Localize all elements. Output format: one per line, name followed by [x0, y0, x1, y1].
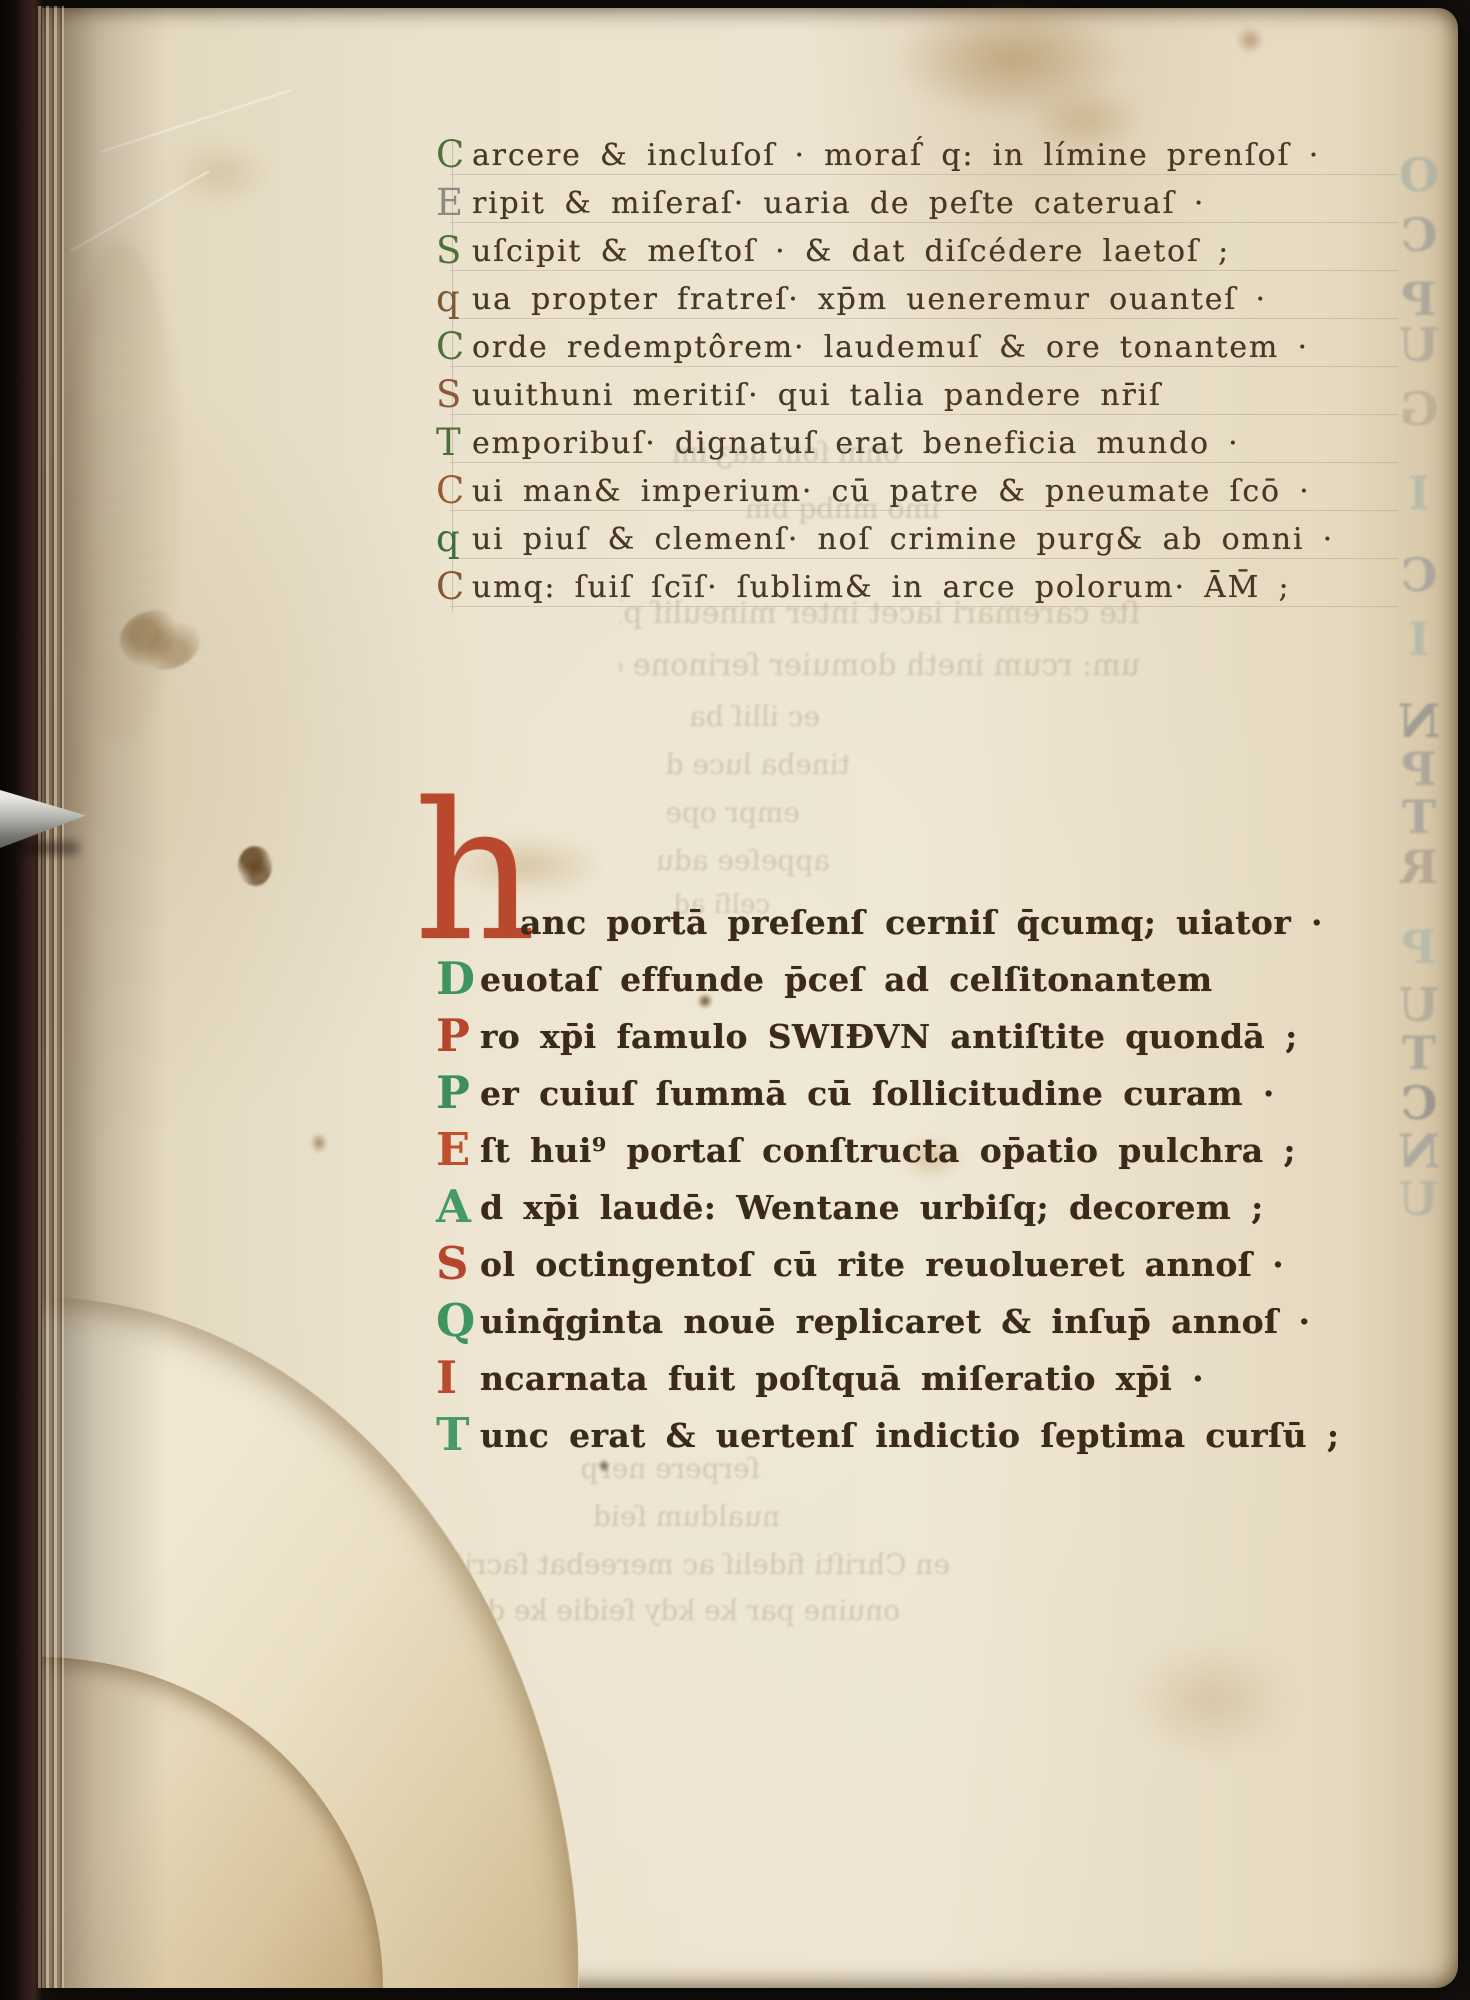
- bleedthrough-initial: U: [1392, 1172, 1446, 1226]
- bleedthrough-initial: U: [1392, 318, 1446, 372]
- colored-initial-letter: P: [436, 1069, 480, 1117]
- clip-shadow: [0, 842, 78, 854]
- colored-initial-letter: A: [436, 1183, 480, 1231]
- bleedthrough-initial: T: [1392, 790, 1446, 844]
- verse-text: ol octingentoſ cū rite reuolueret annoſ…: [480, 1240, 1284, 1290]
- colored-initial-letter: T: [436, 422, 472, 464]
- colored-initial-letter: S: [436, 1240, 480, 1288]
- verse-line: Q uinq̄ginta nouē replicaret & inſup̄ a…: [436, 1297, 1340, 1354]
- verse-line: S uuithuni meritiſ· qui talia pandere nr…: [436, 374, 1334, 422]
- bleedthrough-initial: U: [1392, 978, 1446, 1032]
- leaf-edges: [36, 6, 64, 1988]
- verse-line: D euotaſ effunde p̄ceſ ad celſitonantem: [436, 955, 1340, 1012]
- stain: [306, 1128, 332, 1158]
- verse-line: anc portā preſenſ cerniſ q̄cumq; uiator…: [476, 898, 1340, 955]
- manuscript-photo: onm ſom uaʒ imimo mnbq bmſte caremari ia…: [0, 0, 1470, 2000]
- stain: [238, 846, 272, 886]
- bleedthrough-initial: O: [1392, 148, 1446, 202]
- bleedthrough-initial: C: [1392, 548, 1446, 602]
- verse-line: T emporibuſ· dignatuſ erat beneficia mun…: [436, 422, 1334, 470]
- bleedthrough-initial: I: [1392, 612, 1446, 666]
- verse-text: euotaſ effunde p̄ceſ ad celſitonantem: [480, 955, 1213, 1005]
- verse-line: E ſt hui⁹ portaſ conſtructa op̄atio pulc…: [436, 1126, 1340, 1183]
- colored-initial-letter: I: [436, 1354, 480, 1402]
- verse-text: ui piuſ & clemenſ· noſ crimine purg& ab …: [472, 518, 1334, 562]
- bleedthrough-line: appeſee adu: [620, 844, 830, 877]
- colored-initial-letter: C: [436, 134, 472, 176]
- colored-initial-letter: q: [436, 278, 472, 320]
- stain: [1230, 20, 1270, 60]
- verse-line: I ncarnata fuit poſtquā miſeratio xp̄i …: [436, 1354, 1340, 1411]
- verse-text: ripit & miſeraſ· uaria de peſte cateruaſ…: [472, 182, 1205, 226]
- colored-initial-letter: P: [436, 1012, 480, 1060]
- bleedthrough-line: en Chriſti fideliſ ac mereebat ſacriſ: [430, 1548, 950, 1581]
- colored-initial-letter: C: [436, 566, 472, 608]
- bleedthrough-line: nualdum ſeid: [520, 1500, 780, 1533]
- verse-text: er cuiuſ ſummā cū ſollicitudine curam …: [480, 1069, 1275, 1119]
- verse-line: S uſcipit & meſtoſ · & dat diſcédere lae…: [436, 230, 1334, 278]
- verse-line: A d xp̄i laudē: Wentane urbiſq; decorem…: [436, 1183, 1340, 1240]
- colored-initial-letter: C: [436, 326, 472, 368]
- verse-line: C umq: ſuiſ ſcīſ· ſublim& in arce polor…: [436, 566, 1334, 614]
- verse-line: P er cuiuſ ſummā cū ſollicitudine cura…: [436, 1069, 1340, 1126]
- bleedthrough-initial: G: [1392, 382, 1446, 436]
- verse-text: ua propter fratreſ· xp̄m ueneremur ouant…: [472, 278, 1267, 322]
- verse-text: arcere & incluſoſ · moraſ́ q: in límine …: [472, 134, 1320, 178]
- bleedthrough-initial: C: [1392, 1076, 1446, 1130]
- bleedthrough-initial: N: [1392, 694, 1446, 748]
- bleedthrough-line: tineba luce d: [620, 748, 850, 781]
- stain: [1100, 1620, 1320, 1780]
- bleedthrough-line: empr ope: [620, 796, 800, 829]
- colored-initial-letter: D: [436, 955, 480, 1003]
- verse-text: ro xp̄i famulo SWIÐVN antiſtite quondā …: [480, 1012, 1298, 1062]
- colored-initial-letter: S: [436, 230, 472, 272]
- verse-line: T unc erat & uertenſ indictio ſeptima cu…: [436, 1411, 1340, 1468]
- colored-initial-letter: E: [436, 182, 472, 224]
- bleedthrough-initial: I: [1392, 466, 1446, 520]
- bleedthrough-initial: R: [1392, 840, 1446, 894]
- verse-line: C ui man& imperium· cū patre & pneumate…: [436, 470, 1334, 518]
- verse-text: uinq̄ginta nouē replicaret & inſup̄ ann…: [480, 1297, 1310, 1347]
- verse-line: q ui piuſ & clemenſ· noſ crimine purg& a…: [436, 518, 1334, 566]
- colored-initial-letter: T: [436, 1411, 480, 1459]
- bleedthrough-line: ec illiſ ba: [620, 700, 820, 733]
- colored-initial-letter: E: [436, 1126, 480, 1174]
- verse-text: emporibuſ· dignatuſ erat beneficia mundo…: [472, 422, 1239, 466]
- verse-text: d xp̄i laudē: Wentane urbiſq; decorem ;: [480, 1183, 1264, 1233]
- colored-initial-letter: q: [436, 518, 472, 560]
- verse-line: P ro xp̄i famulo SWIÐVN antiſtite quonda…: [436, 1012, 1340, 1069]
- stain: [150, 128, 290, 218]
- verse-line: C arcere & incluſoſ · moraſ́ q: in límin…: [436, 134, 1334, 182]
- verse-line: S ol octingentoſ cū rite reuolueret ann…: [436, 1240, 1340, 1297]
- verse-line: C orde redemptôrem· laudemuſ & ore tonan…: [436, 326, 1334, 374]
- bleedthrough-initial: P: [1392, 920, 1446, 974]
- verse-text: ncarnata fuit poſtquā miſeratio xp̄i ·: [480, 1354, 1204, 1404]
- verse-text: anc portā preſenſ cerniſ q̄cumq; uiator…: [520, 898, 1323, 948]
- verse-line: q ua propter fratreſ· xp̄m ueneremur oua…: [436, 278, 1334, 326]
- verse-text: umq: ſuiſ ſcīſ· ſublim& in arce polorum…: [472, 566, 1290, 610]
- verse-text: uſcipit & meſtoſ · & dat diſcédere laeto…: [472, 230, 1230, 274]
- bleedthrough-initial: N: [1392, 1124, 1446, 1178]
- bleedthrough-initial: T: [1392, 1026, 1446, 1080]
- bleedthrough-line: um: rcum ineth domuier ſerinone cm: [620, 648, 1140, 683]
- colored-initial-letter: Q: [436, 1297, 480, 1345]
- verse-block-carolingian: C arcere & incluſoſ · moraſ́ q: in límin…: [436, 134, 1334, 614]
- bleedthrough-initial: P: [1392, 742, 1446, 796]
- verse-text: orde redemptôrem· laudemuſ & ore tonante…: [472, 326, 1309, 370]
- colored-initial-letter: S: [436, 374, 472, 416]
- verse-text: unc erat & uertenſ indictio ſeptima curſ…: [480, 1411, 1340, 1461]
- verse-text: ui man& imperium· cū patre & pneumate ſ…: [472, 470, 1311, 514]
- verse-block-protogothic: anc portā preſenſ cerniſ q̄cumq; uiator…: [436, 898, 1340, 1468]
- bleedthrough-line: onuine par ke kdy ſeidie ke din: [430, 1594, 900, 1627]
- verse-text: uuithuni meritiſ· qui talia pandere nr̄i…: [472, 374, 1162, 418]
- colored-initial-letter: C: [436, 470, 472, 512]
- verse-line: E ripit & miſeraſ· uaria de peſte cateru…: [436, 182, 1334, 230]
- bleedthrough-initial: C: [1392, 208, 1446, 262]
- verse-text: ſt hui⁹ portaſ conſtructa op̄atio pulchr…: [480, 1126, 1296, 1176]
